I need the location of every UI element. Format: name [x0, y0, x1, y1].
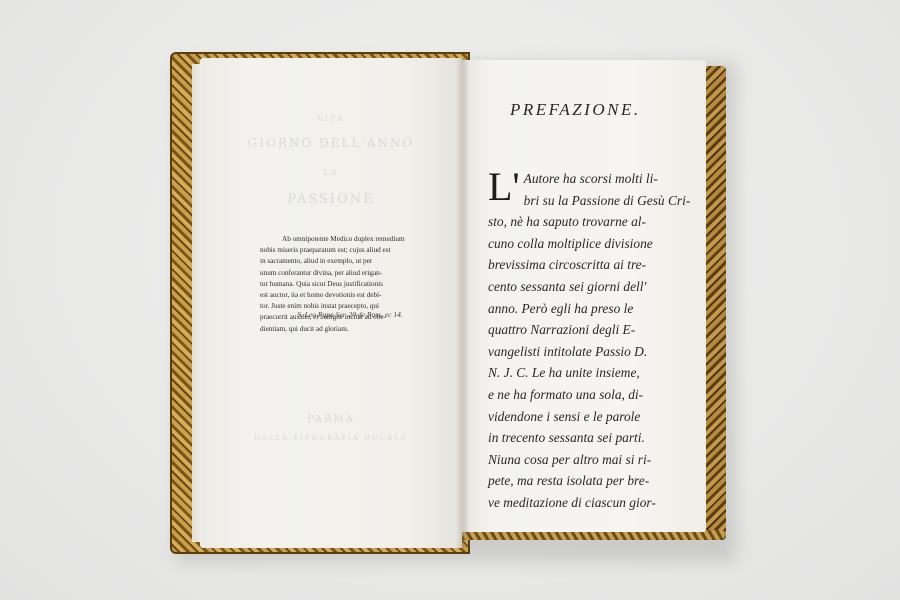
preface-line: cento sessanta sei giorni dell': [488, 276, 696, 298]
epigraph-line: tur humana. Quia sicut Deus justificatio…: [260, 279, 440, 290]
show-through-text: PARMA: [200, 414, 462, 425]
drop-cap: L': [488, 170, 520, 204]
page-title: PREFAZIONE.: [510, 100, 641, 120]
preface-line: quattro Narrazioni degli E-: [488, 319, 696, 341]
show-through-text: DALLA TIPOGRAFIA DUCALE: [200, 434, 462, 442]
epigraph-line: in sacramento, aliud in exemplo, ut per: [260, 256, 440, 267]
book-gutter: [456, 58, 470, 548]
preface-line: ve meditazione di ciascun gior-: [488, 492, 696, 514]
preface-line: e ne ha formato una sola, di-: [488, 384, 696, 406]
show-through-text: LA: [200, 168, 462, 177]
preface-line: pete, ma resta isolata per bre-: [488, 470, 696, 492]
preface-line: videndone i sensi e le parole: [488, 406, 696, 428]
epigraph-citation: S. Leo Papa Ser. 20 de Pass. ec 14.: [260, 310, 440, 319]
epigraph-line: est auctor, ita et homo devotionis est d…: [260, 290, 440, 301]
preface-text: L' Autore ha scorsi molti li- bri su la …: [488, 168, 696, 514]
show-through-text: VITA: [200, 114, 462, 123]
left-page: VITA GIORNO DELL'ANNO LA PASSIONE PARMA …: [200, 58, 462, 548]
preface-line: N. J. C. Le ha unite insieme,: [488, 362, 696, 384]
epigraph-line: dientiam, qui ducit ad gloriam.: [260, 324, 440, 335]
right-page: PREFAZIONE. L' Autore ha scorsi molti li…: [462, 60, 706, 532]
preface-line: Niuna cosa per altro mai si ri-: [488, 449, 696, 471]
preface-line: sto, nè ha saputo trovarne al-: [488, 211, 696, 233]
preface-line: anno. Però egli ha preso le: [488, 298, 696, 320]
epigraph-line: Ab omnipotente Medico duplex remedium: [260, 234, 440, 245]
preface-line: vangelisti intitolate Passio D.: [488, 341, 696, 363]
show-through-text: GIORNO DELL'ANNO: [200, 136, 462, 150]
preface-line: brevissima circoscritta ai tre-: [488, 254, 696, 276]
show-through-text: PASSIONE: [200, 192, 462, 207]
photo-scene: VITA GIORNO DELL'ANNO LA PASSIONE PARMA …: [0, 0, 900, 600]
epigraph-line: unum conferantur divina, per aliud eriga…: [260, 268, 440, 279]
latin-epigraph: Ab omnipotente Medico duplex remedium no…: [260, 234, 440, 335]
preface-line: cuno colla moltiplice divisione: [488, 233, 696, 255]
epigraph-line: nobis miseris praeparatum est; cujus ali…: [260, 245, 440, 256]
preface-line: in trecento sessanta sei parti.: [488, 427, 696, 449]
